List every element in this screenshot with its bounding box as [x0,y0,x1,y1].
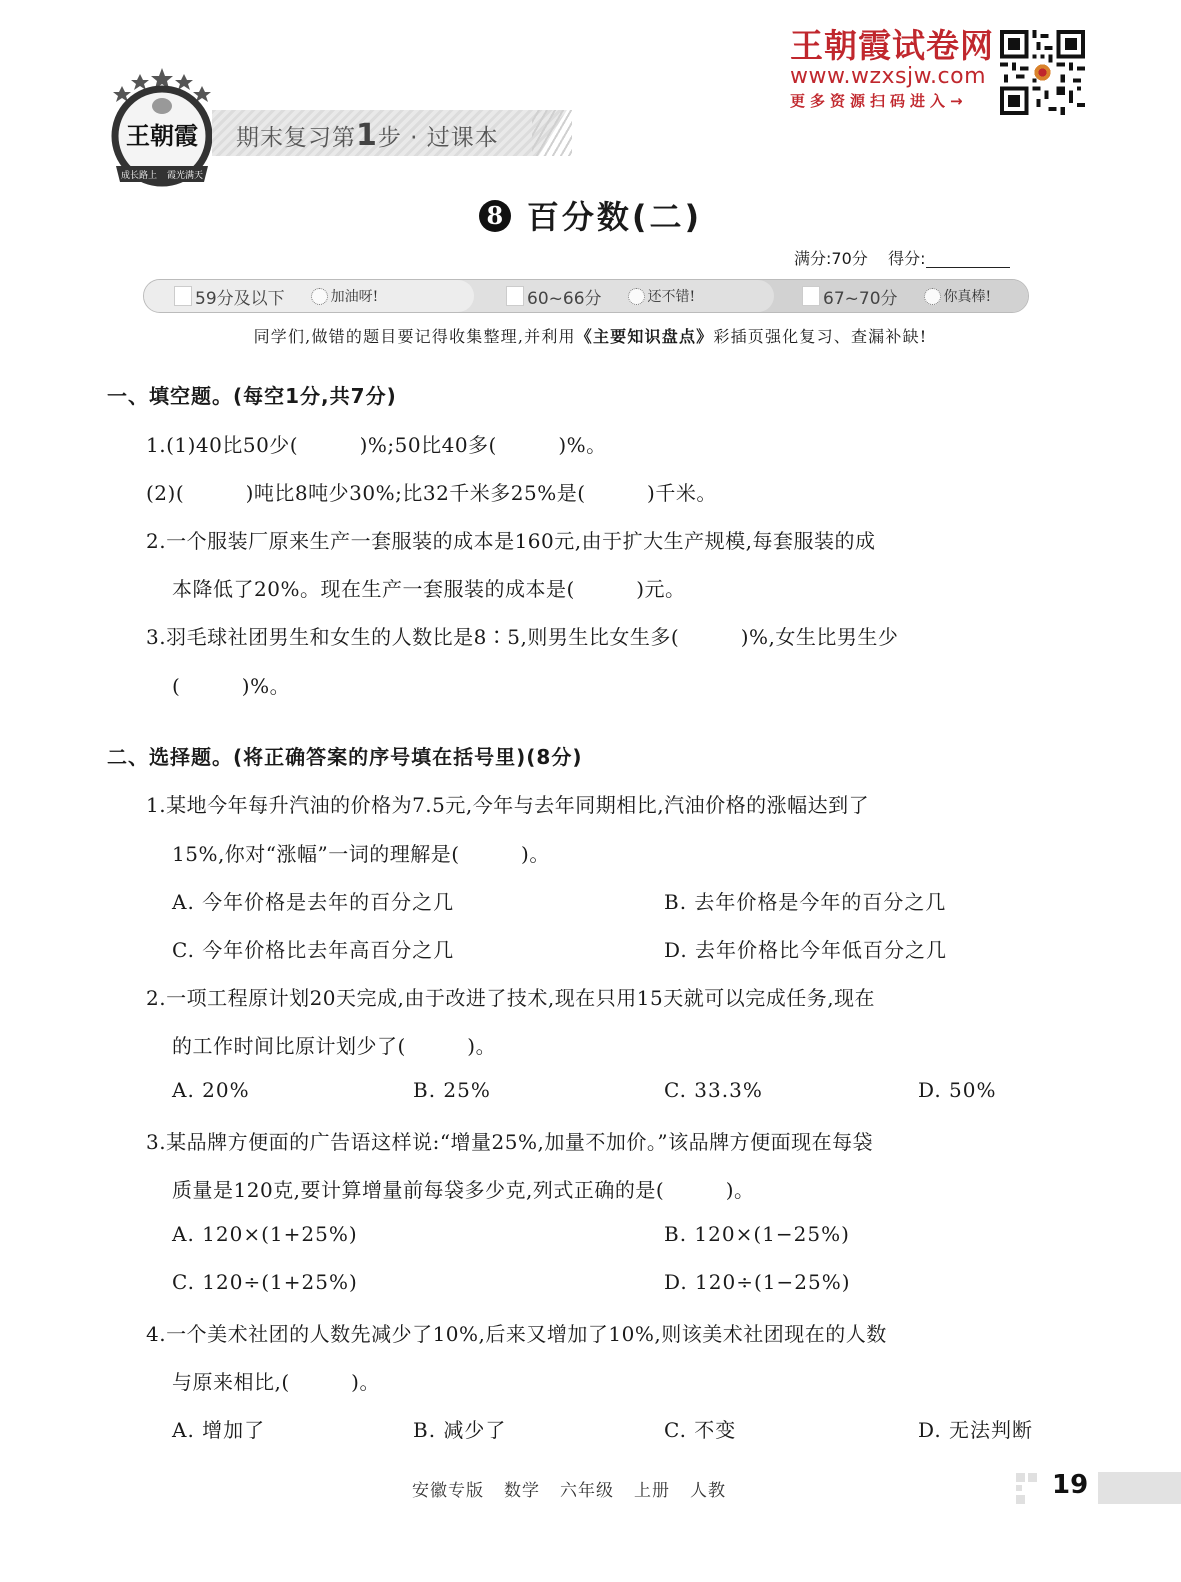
qr-code-icon[interactable] [1000,30,1085,115]
question-line: (2)( )吨比8吨少30%;比32千米多25%是( )千米。 [146,477,717,506]
banner-stripes [532,110,572,156]
question-line: 1.某地今年每升汽油的价格为7.5元,今年与去年同期相比,汽油价格的涨幅达到了 [146,789,869,818]
choice-option[interactable]: C. 不变 [664,1414,736,1443]
page-number-bar [1098,1472,1181,1504]
score-blank-field[interactable] [926,251,1010,268]
rating-option-mid[interactable]: 60~66分 还不错! [444,280,774,312]
rating-checkbox[interactable] [506,286,524,306]
question-line: 3.羽毛球社团男生和女生的人数比是8∶5,则男生比女生多( )%,女生比男生少 [146,621,898,650]
study-tip: 同学们,做错的题目要记得收集整理,并利用《主要知识盘点》彩插页强化复习、查漏补缺… [0,324,1181,347]
question-line: ( )%。 [172,670,290,699]
choice-option[interactable]: A. 增加了 [172,1414,265,1443]
svg-text:成长路上: 成长路上 [121,169,157,181]
choice-option[interactable]: C. 33.3% [664,1078,763,1102]
question-line: 2.一个服装厂原来生产一套服装的成本是160元,由于扩大生产规模,每套服装的成 [146,525,875,554]
question-line: 质量是120克,要计算增量前每袋多少克,列式正确的是( )。 [172,1174,755,1203]
rating-checkbox[interactable] [802,286,820,306]
choice-option[interactable]: D. 去年价格比今年低百分之几 [664,934,947,963]
choice-option[interactable]: A. 今年价格是去年的百分之几 [172,886,454,915]
question-line: 4.一个美术社团的人数先减少了10%,后来又增加了10%,则该美术社团现在的人数 [146,1318,887,1347]
choice-option[interactable]: D. 50% [918,1078,997,1102]
question-line: 与原来相比,( )。 [172,1366,380,1395]
section-heading-multiple-choice: 二、选择题。(将正确答案的序号填在括号里)(8分) [107,741,582,770]
svg-text:霞光满天: 霞光满天 [167,169,203,181]
footer-edition-info: 安徽专版数学六年级上册人教 [412,1476,746,1501]
publisher-logo: 王朝霞 成长路上 霞光满天 [106,66,218,188]
section-heading-fill-blank: 一、填空题。(每空1分,共7分) [107,380,397,409]
choice-option[interactable]: C. 120÷(1+25%) [172,1270,358,1294]
choice-option[interactable]: A. 20% [172,1078,250,1102]
question-line: 本降低了20%。现在生产一套服装的成本是( )元。 [172,573,686,602]
choice-option[interactable]: B. 25% [413,1078,491,1102]
brand-block: 王朝霞试卷网 www.wzxsjw.com 更多资源扫码进入→ [790,28,994,112]
rating-checkbox[interactable] [174,286,192,306]
score-line: 满分:70分 得分: [794,246,1010,269]
brand-cta: 更多资源扫码进入→ [790,90,994,112]
face-icon [628,288,645,305]
got-score-label: 得分: [888,249,925,268]
full-score-label: 满分:70分 [794,249,868,268]
question-line: 3.某品牌方便面的广告语这样说:“增量25%,加量不加价。”该品牌方便面现在每袋 [146,1126,873,1155]
question-line: 1.(1)40比50少( )%;50比40多( )%。 [146,429,607,458]
choice-option[interactable]: B. 120×(1−25%) [664,1222,850,1246]
brand-url[interactable]: www.wzxsjw.com [790,64,994,90]
brand-name: 王朝霞试卷网 [790,28,994,64]
unit-number-badge: 8 [479,200,511,232]
face-icon [924,288,941,305]
page-title: 8百分数(二) [0,192,1181,238]
self-rating-bar: 59分及以下 加油呀! 60~66分 还不错! 67~70分 你真棒! [143,279,1029,313]
step-banner-text: 期末复习第1步 · 过课本 [236,118,499,153]
question-line: 的工作时间比原计划少了( )。 [172,1030,496,1059]
choice-option[interactable]: B. 去年价格是今年的百分之几 [664,886,946,915]
choice-option[interactable]: D. 120÷(1−25%) [664,1270,851,1294]
rating-option-low[interactable]: 59分及以下 加油呀! [144,280,474,312]
page-number: 19 [1052,1470,1088,1500]
svg-text:王朝霞: 王朝霞 [126,121,198,150]
rating-option-high[interactable]: 67~70分 你真棒! [744,280,1028,312]
face-icon [311,288,328,305]
unit-title: 百分数(二) [527,198,702,236]
question-line: 15%,你对“涨幅”一词的理解是( )。 [172,838,550,867]
question-line: 2.一项工程原计划20天完成,由于改进了技术,现在只用15天就可以完成任务,现在 [146,982,875,1011]
choice-option[interactable]: C. 今年价格比去年高百分之几 [172,934,454,963]
choice-option[interactable]: B. 减少了 [413,1414,506,1443]
choice-option[interactable]: D. 无法判断 [918,1414,1033,1443]
choice-option[interactable]: A. 120×(1+25%) [172,1222,358,1246]
